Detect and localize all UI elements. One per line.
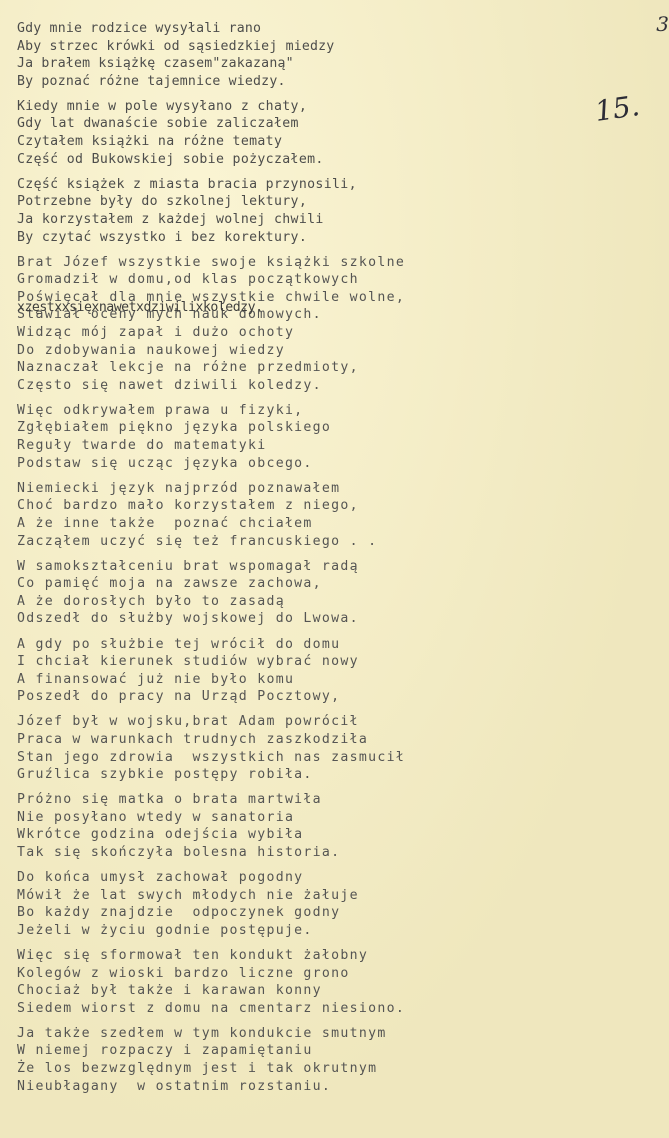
stanza: Do końca umysł zachował pogodnyMówił że …	[17, 869, 487, 939]
poem-line: Chociaż był także i karawan konny	[17, 982, 487, 1000]
poem-line: By poznać różne tajemnice wiedzy.	[17, 73, 487, 91]
poem-line: Nieubłagany w ostatnim rozstaniu.	[17, 1078, 487, 1096]
poem-line: W niemej rozpaczy i zapamiętaniu	[17, 1042, 487, 1060]
poem-line: Ja brałem książkę czasem"zakazaną"	[17, 55, 487, 73]
poem-line: Józef był w wojsku,brat Adam powrócił	[17, 713, 487, 731]
poem-line: Kiedy mnie w pole wysyłano z chaty,	[17, 98, 487, 116]
poem-line: By czytać wszystko i bez korektury.	[17, 229, 487, 247]
poem-line: Próżno się matka o brata martwiła	[17, 791, 487, 809]
poem-line: Ja korzystałem z każdej wolnej chwili	[17, 211, 487, 229]
poem-body: Gdy mnie rodzice wysyłali ranoAby strzec…	[17, 20, 487, 1103]
poem-line: Niemiecki język najprzód poznawałem	[17, 480, 487, 498]
poem-line: Tak się skończyła bolesna historia.	[17, 844, 487, 862]
poem-line: Bo każdy znajdzie odpoczynek godny	[17, 904, 487, 922]
poem-line: Odszedł do służby wojskowej do Lwowa.	[17, 610, 487, 628]
poem-line: Gdy mnie rodzice wysyłali rano	[17, 20, 487, 38]
poem-line: Poszedł do pracy na Urząd Pocztowy,	[17, 688, 487, 706]
poem-line: Stan jego zdrowia wszystkich nas zasmuci…	[17, 749, 487, 767]
poem-line: Często się nawet dziwili koledzy.	[17, 377, 487, 395]
poem-line: W samokształceniu brat wspomagał radą	[17, 558, 487, 576]
poem-line: Jeżeli w życiu godnie postępuje.	[17, 922, 487, 940]
poem-line: A finansować już nie było komu	[17, 671, 487, 689]
poem-line: I chciał kierunek studiów wybrać nowy	[17, 653, 487, 671]
stanza: Niemiecki język najprzód poznawałemChoć …	[17, 480, 487, 550]
poem-line: Zgłębiałem piękno języka polskiego	[17, 419, 487, 437]
poem-line: Więc odkrywałem prawa u fizyki,	[17, 402, 487, 420]
poem-line: Do końca umysł zachował pogodny	[17, 869, 487, 887]
poem-line: Do zdobywania naukowej wiedzy	[17, 342, 487, 360]
stanza: A gdy po służbie tej wrócił do domuI chc…	[17, 636, 487, 706]
stanza: Więc się sformował ten kondukt żałobnyKo…	[17, 947, 487, 1017]
poem-line: Czytałem książki na różne tematy	[17, 133, 487, 151]
struck-out-text: xzęstxxsięxnawetxdziwilixkoledzy.	[17, 299, 263, 317]
poem-line: Podstaw się ucząc języka obcego.	[17, 455, 487, 473]
stanza: Więc odkrywałem prawa u fizyki,Zgłębiałe…	[17, 402, 487, 472]
poem-line: Ja także szedłem w tym kondukcie smutnym	[17, 1025, 487, 1043]
stanza: Ja także szedłem w tym kondukcie smutnym…	[17, 1025, 487, 1095]
poem-line: Praca w warunkach trudnych zaszkodziła	[17, 731, 487, 749]
stanza: Brat Józef wszystkie swoje książki szkol…	[17, 254, 487, 395]
poem-line: Gdy lat dwanaście sobie zaliczałem	[17, 115, 487, 133]
poem-line: Mówił że lat swych młodych nie żałuje	[17, 887, 487, 905]
handwritten-page-number: 15.	[593, 89, 642, 128]
poem-line: Wkrótce godzina odejścia wybiła	[17, 826, 487, 844]
stanza: W samokształceniu brat wspomagał radąCo …	[17, 558, 487, 628]
poem-line: Siedem wiorst z domu na cmentarz niesion…	[17, 1000, 487, 1018]
poem-line: Zacząłem uczyć się też francuskiego . .	[17, 533, 487, 551]
poem-line: Że los bezwzględnym jest i tak okrutnym	[17, 1060, 487, 1078]
poem-line: A że inne także poznać chciałem	[17, 515, 487, 533]
poem-line: Część od Bukowskiej sobie pożyczałem.	[17, 151, 487, 169]
poem-line: Kolegów z wioski bardzo liczne grono	[17, 965, 487, 983]
document-page: 3 15. Gdy mnie rodzice wysyłali ranoAby …	[0, 0, 669, 1138]
poem-line: Naznaczał lekcje na różne przedmioty,	[17, 359, 487, 377]
handwritten-corner-mark: 3	[656, 12, 669, 36]
stanza: Józef był w wojsku,brat Adam powróciłPra…	[17, 713, 487, 783]
poem-line: Stawiał oceny mych nauk domowych.xzęstxx…	[17, 306, 487, 324]
stanza: Część książek z miasta bracia przynosili…	[17, 176, 487, 246]
poem-line: Potrzebne były do szkolnej lektury,	[17, 193, 487, 211]
poem-line: Gromadził w domu,od klas początkowych	[17, 271, 487, 289]
poem-line: A że dorosłych było to zasadą	[17, 593, 487, 611]
poem-line: Więc się sformował ten kondukt żałobny	[17, 947, 487, 965]
poem-line: Co pamięć moja na zawsze zachowa,	[17, 575, 487, 593]
poem-line: Nie posyłano wtedy w sanatoria	[17, 809, 487, 827]
stanza: Gdy mnie rodzice wysyłali ranoAby strzec…	[17, 20, 487, 90]
poem-line: Aby strzec krówki od sąsiedzkiej miedzy	[17, 38, 487, 56]
poem-line: Reguły twarde do matematyki	[17, 437, 487, 455]
poem-line: Choć bardzo mało korzystałem z niego,	[17, 497, 487, 515]
stanza: Próżno się matka o brata martwiłaNie pos…	[17, 791, 487, 861]
poem-line: Widząc mój zapał i dużo ochoty	[17, 324, 487, 342]
poem-line: Część książek z miasta bracia przynosili…	[17, 176, 487, 194]
poem-line: Brat Józef wszystkie swoje książki szkol…	[17, 254, 487, 272]
poem-line: Gruźlica szybkie postępy robiła.	[17, 766, 487, 784]
poem-line: A gdy po służbie tej wrócił do domu	[17, 636, 487, 654]
stanza: Kiedy mnie w pole wysyłano z chaty,Gdy l…	[17, 98, 487, 168]
